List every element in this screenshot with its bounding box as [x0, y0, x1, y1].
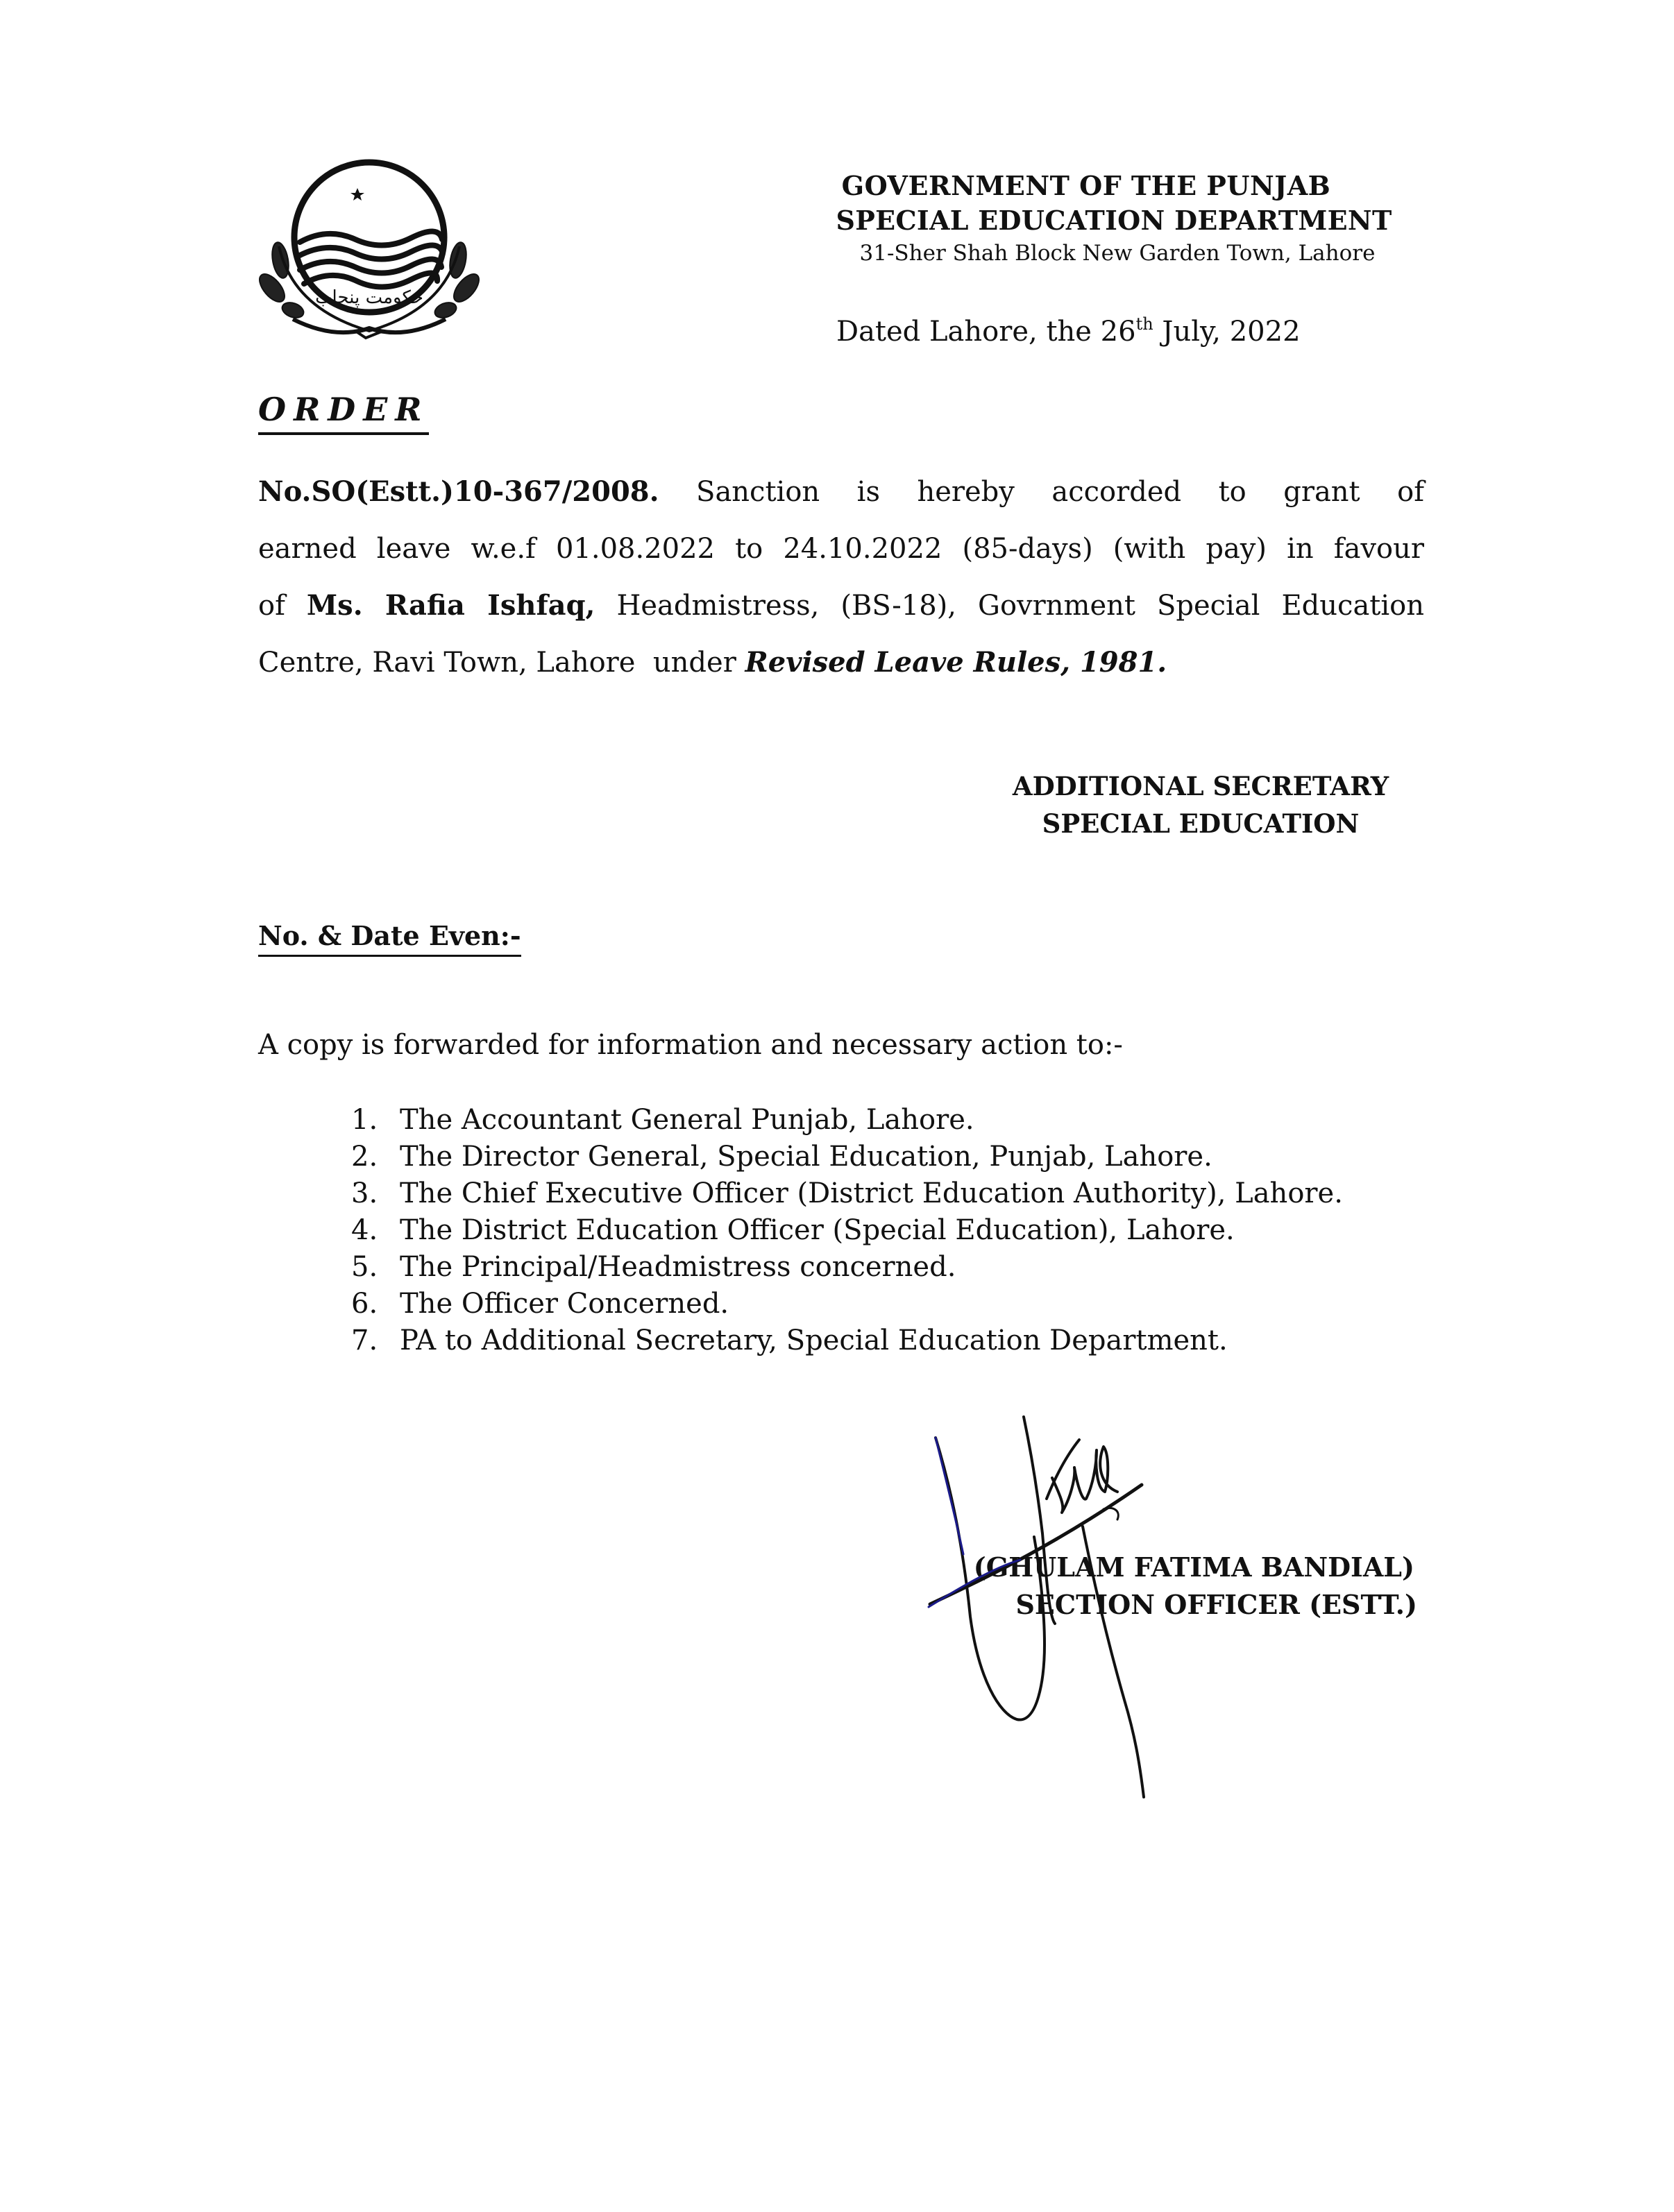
list-item: 7.PA to Additional Secretary, Special Ed… [340, 1322, 1381, 1359]
order-line-3: of Ms. Rafia Ishfaq, Headmistress, (BS-1… [258, 577, 1424, 634]
document-page: حکومت پنجاب GOVERNMENT OF THE PUNJAB SPE… [0, 0, 1674, 2212]
list-item: 6.The Officer Concerned. [340, 1286, 1381, 1322]
endorsement-heading: No. & Date Even:- [258, 917, 521, 957]
order-body: No.SO(Estt.)10-367/2008. Sanction is her… [258, 463, 1424, 691]
order-line-4: Centre, Ravi Town, Lahore under Revised … [258, 634, 1424, 691]
list-item: 2.The Director General, Special Educatio… [340, 1139, 1381, 1175]
endorsement-intro: A copy is forwarded for information and … [258, 1024, 1123, 1066]
svg-text:حکومت پنجاب: حکومت پنجاب [315, 287, 423, 308]
authority-block: ADDITIONAL SECRETARY SPECIAL EDUCATION [972, 767, 1430, 842]
order-line-1: No.SO(Estt.)10-367/2008. Sanction is her… [258, 463, 1424, 520]
punjab-emblem-icon: حکومت پنجاب [251, 149, 487, 340]
reference-number: No.SO(Estt.)10-367/2008. [258, 475, 659, 508]
list-item: 1.The Accountant General Punjab, Lahore. [340, 1102, 1381, 1139]
list-item: 4.The District Education Officer (Specia… [340, 1212, 1381, 1249]
government-title: GOVERNMENT OF THE PUNJAB [774, 169, 1398, 203]
letterhead: GOVERNMENT OF THE PUNJAB SPECIAL EDUCATI… [763, 169, 1388, 269]
distribution-list: 1.The Accountant General Punjab, Lahore.… [340, 1102, 1381, 1359]
signatory-designation: SECTION OFFICER (ESTT.) [923, 1586, 1417, 1624]
department-title: SPECIAL EDUCATION DEPARTMENT [802, 203, 1426, 238]
list-item: 3.The Chief Executive Officer (District … [340, 1175, 1344, 1212]
order-date: Dated Lahore, the 26th July, 2022 [836, 311, 1301, 352]
order-line-2: earned leave w.e.f 01.08.2022 to 24.10.2… [258, 520, 1424, 577]
authority-title-line-2: SPECIAL EDUCATION [972, 805, 1430, 842]
signatory-name: (GHULAM FATIMA BANDIAL) [923, 1549, 1414, 1586]
employee-name: Ms. Rafia Ishfaq, [307, 589, 595, 622]
signatory-block: (GHULAM FATIMA BANDIAL) SECTION OFFICER … [923, 1549, 1423, 1624]
authority-title-line-1: ADDITIONAL SECRETARY [972, 767, 1430, 805]
department-address: 31-Sher Shah Block New Garden Town, Laho… [805, 238, 1430, 269]
order-heading: ORDER [258, 387, 429, 435]
leave-rules: Revised Leave Rules, 1981. [745, 646, 1167, 679]
list-item: 5.The Principal/Headmistress concerned. [340, 1249, 1381, 1286]
